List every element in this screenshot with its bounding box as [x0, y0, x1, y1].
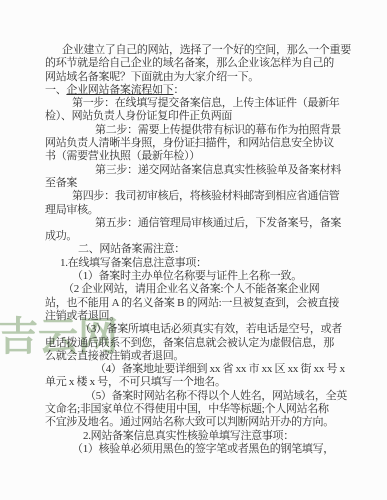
note-line: （2 企业网站，请用企业名义备案:个人不能备案企业网 [45, 283, 347, 296]
step-line: 第四步：我司初审核后，将核验材料邮寄到相应省通信管 [45, 190, 347, 203]
section-heading-2: 二、网站备案需注意： [45, 243, 347, 256]
step-line: 第二步：需要上传提供带有标识的幕布作为拍照背景 [45, 124, 347, 137]
step-line: 至备案 [45, 177, 347, 190]
note-line: （3）备案所填电话必须真实有效，若电话是空号，或者 [45, 323, 347, 336]
note-line: 注销或者退回。 [45, 310, 347, 323]
note-line: 站，也不能用 A 的名义备案 B 的网站:一旦被复查到，会被直接 [45, 297, 347, 310]
step-line: 第三步：递交网站备案信息真实性核验单及备案材料 [45, 164, 347, 177]
note-line: 单元 x 楼 x 号，不可只填写一个地名。 [45, 376, 347, 389]
heading-prefix: 一、 [45, 84, 66, 96]
step-line: 书（需要营业执照（最新年检）） [45, 150, 347, 163]
step-line: 网站负责人清晰半身照，身份证扫描件，和网站信息安全协议 [45, 137, 347, 150]
step-line: 成功。 [45, 230, 347, 243]
list-item-heading: 2.网站备案信息真实性核验单填写注意事项： [45, 430, 347, 443]
document-text-block: 企业建立了自己的网站，选择了一个好的空间，那么一个重要 的环节就是给自己企业的域… [0, 0, 387, 456]
step-line: 检）、网站负责人身份证复印件正负两面 [45, 110, 347, 123]
step-line: 第五步：通信管理局审核通过后，下发备案号，备案 [45, 217, 347, 230]
note-line: 电话拨通后联系不到您，备案信息就会被认定为虚假信息，那 [45, 337, 347, 350]
section-heading-1: 一、企业网站备案流程如下： [45, 84, 347, 97]
step-line: 第一步：在线填写提交备案信息，上传主体证件（最新年 [45, 97, 347, 110]
intro-line: 网站域名备案呢？下面就由为大家介绍一下。 [45, 71, 347, 84]
intro-line: 的环节就是给自己企业的域名备案，那么企业该怎样为自己的 [45, 57, 347, 70]
note-line: 文命名;非国家单位不得使用中国，中华等标题;个人网站名称 [45, 403, 347, 416]
note-line: （1）备案时主办单位名称要与证件上名称一致。 [45, 270, 347, 283]
note-line: 不宜涉及地名。通过网站名称大致可以判断网站开办的方向。 [45, 416, 347, 429]
note-line: （5）备案时网站名称不得以个人姓名，网站域名，全英 [45, 390, 347, 403]
note-line: （4）备案地址要详细到 xx 省 xx 市 xx 区 xx 街 xx 号 x [45, 363, 347, 376]
step-line: 理局审核。 [45, 204, 347, 217]
note-line: 么就会直接被注销或者退回。 [45, 350, 347, 363]
heading-underlined-text: 企业网站备案流程如下 [66, 84, 173, 96]
heading-suffix: ： [173, 84, 184, 96]
document-page: 吉云网 企业建立了自己的网站，选择了一个好的空间，那么一个重要 的环节就是给自己… [0, 0, 387, 500]
list-item-heading: 1.在线填写备案信息注意事项： [45, 257, 347, 270]
intro-line: 企业建立了自己的网站，选择了一个好的空间，那么一个重要 [45, 44, 347, 57]
note-line: （1）核验单必须用黑色的签字笔或者黑色的钢笔填写， [45, 443, 347, 456]
